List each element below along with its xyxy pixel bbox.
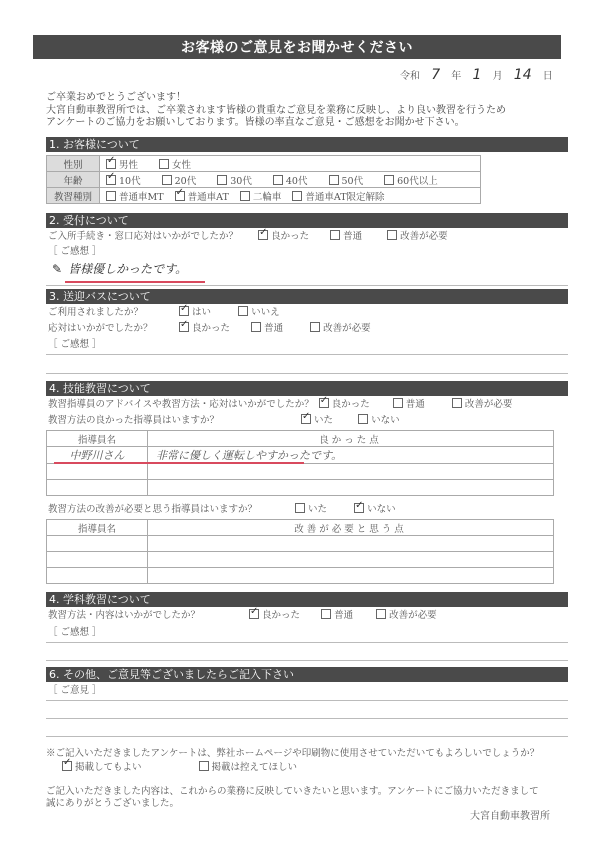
checkbox-age-40s[interactable]: 40代	[273, 173, 308, 187]
checkbox-improve-instructor-no[interactable]: いない	[354, 503, 396, 516]
col-header-instructor-name: 指導員名	[47, 520, 148, 536]
checkbox-empty-icon[interactable]	[273, 175, 283, 185]
other-comment-label: ［ ご意見 ］	[48, 684, 102, 697]
date-year-value[interactable]: 7	[431, 67, 440, 83]
thanks-line: ご記入いただきました内容は、これからの業務に反映していきたいと思います。アンケー…	[46, 786, 539, 798]
col-header-instructor-name: 指導員名	[47, 431, 148, 447]
customer-info-table: 性別 男性 女性 年齢 10代 20代 30代 40代 50代 60代以上 教習…	[46, 155, 481, 204]
section-2-header: 2. 受付について	[46, 213, 568, 228]
checkbox-age-60s-plus[interactable]: 60代以上	[384, 173, 438, 187]
checkbox-bus-normal[interactable]: 普通	[251, 322, 283, 335]
reception-question-row: ご入所手続き・窓口応対はいかがでしたか？ 良かった 普通 改善が必要	[48, 230, 448, 243]
checkbox-checked-icon[interactable]	[62, 761, 72, 771]
instructor-name-cell[interactable]: 中野川さん	[47, 447, 148, 464]
checkbox-regular-mt[interactable]: 普通車MT	[106, 189, 164, 203]
date-month-label: 月	[493, 71, 503, 82]
classroom-question-row: 教習方法・内容はいかがでしたか？ 良かった 普通 改善が必要	[48, 609, 437, 622]
checkbox-empty-icon[interactable]	[217, 175, 227, 185]
date-day-label: 日	[543, 71, 553, 82]
label-course-type: 教習種別	[47, 188, 100, 204]
comment-line[interactable]	[46, 373, 568, 374]
instructor-advice-row: 教習指導員のアドバイスや教習方法・応対はいかがでしたか？ 良かった 普通 改善が…	[48, 398, 512, 411]
intro-line: ご卒業おめでとうございます！	[46, 92, 566, 105]
checkbox-consent-ok[interactable]: 掲載してもよい	[62, 761, 142, 774]
comment-line[interactable]	[46, 642, 568, 643]
section-3-header: 3. 送迎バスについて	[46, 289, 568, 304]
instructor-name-cell[interactable]	[47, 552, 148, 568]
checkbox-checked-icon[interactable]	[106, 175, 116, 185]
table-row	[47, 536, 554, 552]
table-row	[47, 480, 554, 496]
checkbox-empty-icon[interactable]	[452, 398, 462, 408]
checkbox-empty-icon[interactable]	[387, 230, 397, 240]
section-4-header: 4. 技能教習について	[46, 381, 568, 396]
checkbox-bus-good[interactable]: 良かった	[179, 322, 230, 335]
reception-comment-label: ［ ご感想 ］	[48, 245, 102, 258]
checkbox-reception-good[interactable]: 良かった	[258, 230, 309, 243]
checkbox-advice-improve[interactable]: 改善が必要	[452, 398, 513, 411]
instructor-name-cell[interactable]	[47, 480, 148, 496]
comment-line[interactable]	[46, 354, 568, 355]
checkbox-empty-icon[interactable]	[240, 191, 250, 201]
section-6-header: 6. その他、ご意見等ございましたらご記入下さい	[46, 667, 568, 682]
table-row: 中野川さん 非常に優しく運転しやすかったです。	[47, 447, 554, 464]
good-points-cell[interactable]: 非常に優しく運転しやすかったです。	[148, 447, 554, 464]
checkbox-bus-improve[interactable]: 改善が必要	[310, 322, 371, 335]
thanks-line: 誠にありがとうございました。	[46, 798, 539, 810]
consent-question: ※ご記入いただきましたアンケートは、弊社ホームページや印刷物に使用させていただい…	[46, 748, 539, 760]
checkbox-empty-icon[interactable]	[384, 175, 394, 185]
checkbox-empty-icon[interactable]	[159, 159, 169, 169]
checkbox-checked-icon[interactable]	[179, 322, 189, 332]
improve-points-cell[interactable]	[148, 568, 554, 584]
bus-use-question: ご利用されましたか？	[48, 306, 176, 319]
checkbox-empty-icon[interactable]	[251, 322, 261, 332]
comment-line	[46, 285, 568, 286]
checkbox-checked-icon[interactable]	[301, 414, 311, 424]
checkbox-checked-icon[interactable]	[179, 306, 189, 316]
checkbox-improve-instructor-yes[interactable]: いた	[295, 503, 327, 516]
comment-line[interactable]	[46, 700, 568, 701]
date-year-label: 年	[451, 71, 461, 82]
comment-line[interactable]	[46, 718, 568, 719]
section-1-header: 1. お客様について	[46, 137, 568, 152]
label-age: 年齢	[47, 172, 100, 188]
checkbox-empty-icon[interactable]	[310, 322, 320, 332]
checkbox-classroom-normal[interactable]: 普通	[321, 609, 353, 622]
bus-comment-label: ［ ご感想 ］	[48, 338, 102, 351]
checkbox-good-instructor-no[interactable]: いない	[358, 414, 400, 427]
form-title: お客様のご意見をお聞かせください	[33, 35, 561, 59]
checkbox-female[interactable]: 女性	[159, 157, 191, 171]
checkbox-age-10s[interactable]: 10代	[106, 173, 141, 187]
checkbox-motorcycle[interactable]: 二輪車	[240, 189, 282, 203]
checkbox-reception-improve[interactable]: 改善が必要	[387, 230, 448, 243]
table-header-row: 指導員名 改善が必要と思う点	[47, 520, 554, 536]
improve-instructor-row: 教習方法の改善が必要と思う指導員はいますか？ いた いない	[48, 503, 396, 516]
checkbox-empty-icon[interactable]	[292, 191, 302, 201]
red-underline	[65, 281, 205, 283]
col-header-improve-points: 改善が必要と思う点	[148, 520, 554, 536]
checkbox-empty-icon[interactable]	[238, 306, 248, 316]
classroom-comment-label: ［ ご感想 ］	[48, 626, 102, 639]
organization-name: 大宮自動車教習所	[470, 811, 550, 823]
checkbox-empty-icon[interactable]	[199, 761, 209, 771]
checkbox-checked-icon[interactable]	[249, 609, 259, 619]
improve-points-cell[interactable]	[148, 552, 554, 568]
comment-line[interactable]	[46, 660, 568, 661]
checkbox-age-20s[interactable]: 20代	[162, 173, 197, 187]
reception-comment[interactable]: ✎皆様優しかったです。	[52, 260, 187, 277]
instructor-advice-question: 教習指導員のアドバイスや教習方法・応対はいかがでしたか？	[48, 399, 314, 410]
checkbox-consent-decline[interactable]: 掲載は控えてほしい	[199, 761, 298, 774]
checkbox-regular-at[interactable]: 普通車AT	[175, 189, 229, 203]
intro-line: アンケートのご協力をお願いしております。皆様の率直なご意見・ご感想をお聞かせ下さ…	[46, 117, 566, 130]
checkbox-advice-normal[interactable]: 普通	[393, 398, 425, 411]
good-points-cell[interactable]	[148, 464, 554, 480]
bus-service-question: 応対はいかがでしたか？	[48, 322, 176, 335]
thanks-text: ご記入いただきました内容は、これからの業務に反映していきたいと思います。アンケー…	[46, 786, 539, 810]
classroom-question: 教習方法・内容はいかがでしたか？	[48, 609, 246, 622]
improve-instructor-table: 指導員名 改善が必要と思う点	[46, 519, 554, 584]
table-row	[47, 552, 554, 568]
bus-use-row: ご利用されましたか？ はい いいえ	[48, 306, 280, 319]
instructor-name-cell[interactable]	[47, 568, 148, 584]
good-instructor-question: 教習方法の良かった指導員はいますか？	[48, 414, 298, 427]
checkbox-empty-icon[interactable]	[393, 398, 403, 408]
checkbox-checked-icon[interactable]	[106, 159, 116, 169]
checkbox-at-limit-removal[interactable]: 普通車AT限定解除	[292, 189, 384, 203]
good-instructor-row: 教習方法の良かった指導員はいますか？ いた いない	[48, 414, 400, 427]
intro-text: ご卒業おめでとうございます！ 大宮自動車教習所では、ご卒業されます皆様の貴重なご…	[46, 92, 566, 130]
red-underline	[54, 462, 304, 464]
checkbox-advice-good[interactable]: 良かった	[319, 398, 370, 411]
checkbox-bus-no[interactable]: いいえ	[238, 306, 280, 319]
table-row	[47, 568, 554, 584]
table-row-course-type: 教習種別 普通車MT 普通車AT 二輪車 普通車AT限定解除	[47, 188, 481, 204]
checkbox-good-instructor-yes[interactable]: いた	[301, 414, 333, 427]
checkbox-empty-icon[interactable]	[321, 609, 331, 619]
reception-question: ご入所手続き・窓口応対はいかがでしたか？	[48, 231, 238, 242]
scribble-mark: ✎	[52, 262, 62, 276]
checkbox-empty-icon[interactable]	[329, 175, 339, 185]
checkbox-empty-icon[interactable]	[358, 414, 368, 424]
date-row: 令和 7 年 1 月 14 日	[400, 67, 553, 83]
improve-points-cell[interactable]	[148, 536, 554, 552]
checkbox-checked-icon[interactable]	[175, 191, 185, 201]
section-5-header: 4. 学科教習について	[46, 592, 568, 607]
checkbox-empty-icon[interactable]	[106, 191, 116, 201]
checkbox-age-50s[interactable]: 50代	[329, 173, 364, 187]
instructor-name-cell[interactable]	[47, 464, 148, 480]
checkbox-empty-icon[interactable]	[376, 609, 386, 619]
checkbox-checked-icon[interactable]	[319, 398, 329, 408]
table-row	[47, 464, 554, 480]
checkbox-empty-icon[interactable]	[295, 503, 305, 513]
checkbox-reception-normal[interactable]: 普通	[330, 230, 362, 243]
table-row-gender: 性別 男性 女性	[47, 156, 481, 172]
date-month-value[interactable]: 1	[472, 67, 481, 83]
bus-service-row: 応対はいかがでしたか？ 良かった 普通 改善が必要	[48, 322, 371, 335]
intro-line: 大宮自動車教習所では、ご卒業されます皆様の貴重なご意見を業務に反映し、より良い教…	[46, 105, 566, 118]
table-header-row: 指導員名 良かった点	[47, 431, 554, 447]
checkbox-male[interactable]: 男性	[106, 157, 138, 171]
improve-instructor-question: 教習方法の改善が必要と思う指導員はいますか？	[48, 503, 292, 516]
checkbox-empty-icon[interactable]	[330, 230, 340, 240]
checkbox-age-30s[interactable]: 30代	[217, 173, 252, 187]
checkbox-classroom-good[interactable]: 良かった	[249, 609, 300, 622]
good-points-cell[interactable]	[148, 480, 554, 496]
col-header-good-points: 良かった点	[148, 431, 554, 447]
checkbox-classroom-improve[interactable]: 改善が必要	[376, 609, 437, 622]
checkbox-checked-icon[interactable]	[354, 503, 364, 513]
date-day-value[interactable]: 14	[514, 67, 532, 83]
instructor-name-cell[interactable]	[47, 536, 148, 552]
comment-line[interactable]	[46, 736, 568, 737]
table-row-age: 年齢 10代 20代 30代 40代 50代 60代以上	[47, 172, 481, 188]
checkbox-checked-icon[interactable]	[258, 230, 268, 240]
date-era: 令和	[400, 71, 420, 82]
label-gender: 性別	[47, 156, 100, 172]
consent-options: 掲載してもよい 掲載は控えてほしい	[62, 761, 297, 774]
checkbox-empty-icon[interactable]	[162, 175, 172, 185]
